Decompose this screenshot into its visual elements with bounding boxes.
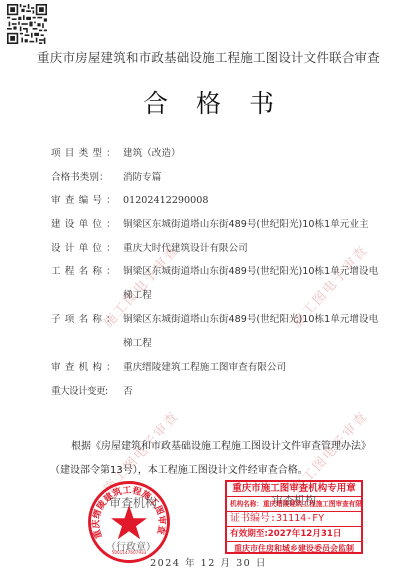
field-project-name: 工程名称： 铜梁区东城街道塔山东街489号(世纪阳光)10栋1单元增设电梯工程 — [51, 260, 381, 308]
field-label: 子项名称： — [51, 308, 123, 356]
document-title: 合格书 — [0, 84, 417, 120]
field-design-unit: 设计单位： 重庆大时代建筑设计有限公司 — [51, 237, 381, 261]
header-title: 重庆市房屋建筑和市政基础设施工程施工图设计文件联合审查 — [0, 48, 417, 66]
field-value: 重庆大时代建筑设计有限公司 — [123, 237, 381, 261]
field-value: 铜梁区东城街道塔山东街489号(世纪阳光)10栋1单元增设电梯工程 — [123, 260, 381, 308]
field-value: 消防专篇 — [123, 166, 381, 190]
field-major-design-change: 重大设计变更: 否 — [51, 380, 381, 404]
seal-overlay-admin: （行政章） — [106, 538, 156, 553]
field-review-number: 审查编号： 01202412290008 — [51, 189, 381, 213]
field-review-agency: 审查机构： 重庆缙陵建筑工程施工图审查有限公司 — [51, 356, 381, 380]
field-label: 工程名称： — [51, 260, 123, 308]
field-label: 审查编号： — [51, 189, 123, 213]
basis-statement: 根据《房屋建筑和市政基础设施工程施工图设计文件审查管理办法》（建设部令第13号）… — [50, 435, 380, 483]
field-value: 建筑（改造） — [123, 142, 381, 166]
field-value: 01202412290008 — [123, 189, 381, 213]
field-label: 项目类型： — [51, 142, 123, 166]
field-certificate-category: 合格书类别： 消防专篇 — [51, 166, 381, 190]
issue-date: 2024 年 12 月 30 日 — [0, 555, 417, 569]
field-label: 建设单位： — [51, 213, 123, 237]
stamp-valid-line: 有效期至:2027年12月31日 — [227, 527, 361, 542]
stamp-overlay-label: 审查机构 — [272, 492, 316, 508]
field-project-type: 项目类型： 建筑（改造） — [51, 142, 381, 166]
stamp-cert-line: 证书编号:31114-FY — [227, 512, 361, 527]
field-label: 审查机构： — [51, 356, 123, 380]
field-label: 重大设计变更: — [51, 380, 123, 404]
qr-code-icon — [7, 4, 47, 44]
field-subproject-name: 子项名称： 铜梁区东城街道塔山东街489号(世纪阳光)10栋1单元增设电梯工程 — [51, 308, 381, 356]
seal-overlay-label: 审查机构 — [109, 494, 157, 511]
field-value: 重庆缙陵建筑工程施工图审查有限公司 — [123, 356, 381, 380]
stamp-footer: 重庆市住房和城乡建设委员会监制 — [227, 542, 361, 556]
field-value: 铜梁区东城街道塔山东街489号(世纪阳光)10栋1单元业主 — [123, 213, 381, 237]
field-label: 设计单位： — [51, 237, 123, 261]
field-value: 否 — [123, 380, 381, 404]
field-value: 铜梁区东城街道塔山东街489号(世纪阳光)10栋1单元增设电梯工程 — [123, 308, 381, 356]
field-construction-unit: 建设单位： 铜梁区东城街道塔山东街489号(世纪阳光)10栋1单元业主 — [51, 213, 381, 237]
field-label: 合格书类别： — [51, 166, 123, 190]
fields-list: 项目类型： 建筑（改造） 合格书类别： 消防专篇 审查编号： 012024122… — [51, 142, 381, 403]
